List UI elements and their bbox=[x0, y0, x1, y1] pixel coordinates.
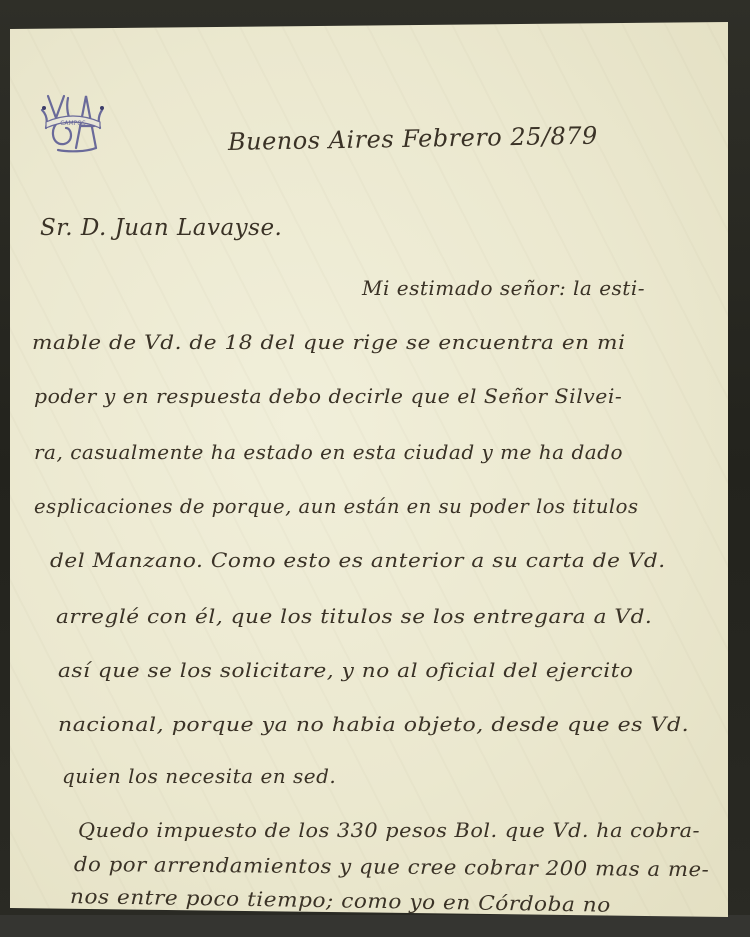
body-line-5: esplicaciones de porque, aun están en su… bbox=[34, 494, 639, 518]
body-line-11: Quedo impuesto de los 330 pesos Bol. que… bbox=[78, 818, 700, 842]
body-line-10: quien los necesita en sed. bbox=[62, 764, 336, 788]
body-line-2: mable de Vd. de 18 del que rige se encue… bbox=[32, 330, 626, 354]
letter-salutation: Sr. D. Juan Lavayse. bbox=[40, 215, 282, 241]
body-line-9: nacional, porque ya no habia objeto, des… bbox=[58, 712, 689, 736]
body-line-4: ra, casualmente ha estado en esta ciudad… bbox=[34, 440, 623, 464]
body-line-7: arreglé con él, que los titulos se los e… bbox=[56, 604, 652, 628]
body-line-8: así que se los solicitare, y no al ofici… bbox=[58, 658, 633, 682]
mount-bottom-edge bbox=[0, 915, 750, 937]
body-line-1: Mi estimado señor: la esti- bbox=[362, 276, 645, 300]
svg-text:CAMPOS: CAMPOS bbox=[60, 120, 86, 127]
body-line-6: del Manzano. Como esto es anterior a su … bbox=[50, 548, 666, 572]
monogram-letterhead-icon: CAMPOS bbox=[38, 88, 108, 154]
body-line-3: poder y en respuesta debo decirle que el… bbox=[34, 384, 622, 408]
